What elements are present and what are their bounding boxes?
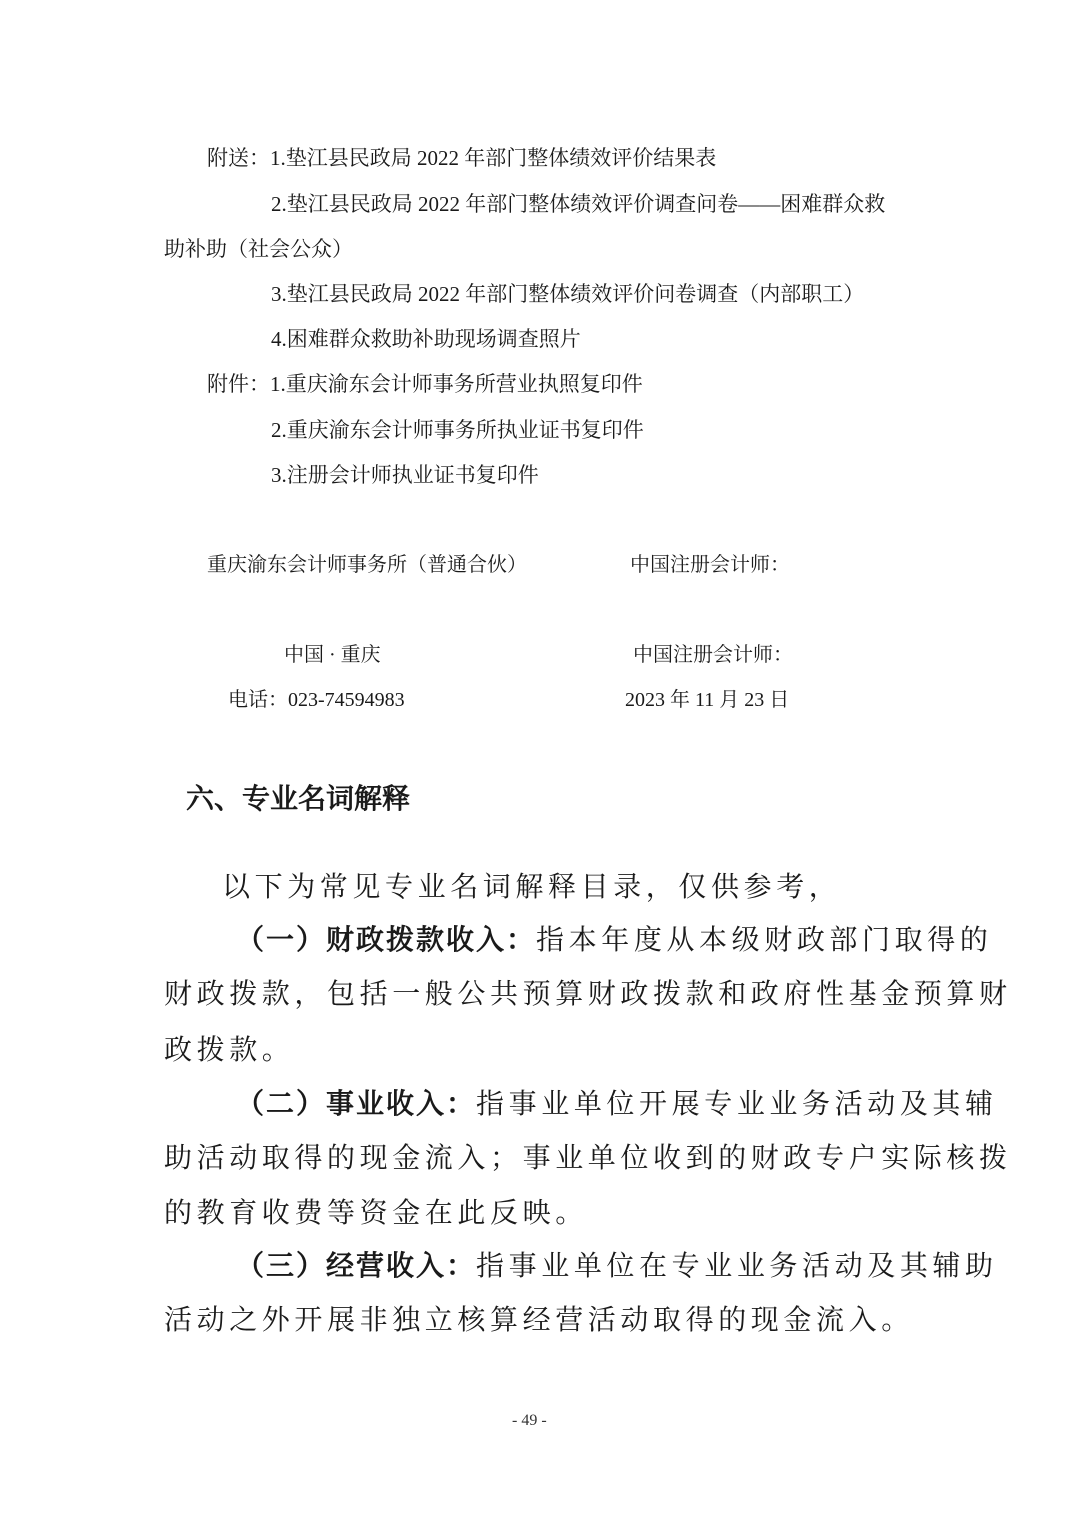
firm-location: 中国 · 重庆 <box>284 645 381 665</box>
term-2-label: （二）事业收入： <box>236 1087 476 1120</box>
attachment-item: 1.重庆渝东会计师事务所营业执照复印件 <box>270 372 643 396</box>
term-1-definition: 指本年度从本级财政部门取得的 <box>536 923 992 956</box>
attachments-sent-label: 附送： <box>207 146 270 170</box>
attachments-sent-item: 1.垫江县民政局 2022 年部门整体绩效评价结果表 <box>270 146 716 170</box>
term-3-line-1: （三）经营收入：指事业单位在专业业务活动及其辅助 <box>236 1252 998 1280</box>
term-3-definition: 指事业单位在专业业务活动及其辅助 <box>476 1249 998 1282</box>
term-2-definition: 指事业单位开展专业业务活动及其辅 <box>476 1087 998 1120</box>
cpa-signature-1: 中国注册会计师： <box>630 555 790 575</box>
attachment-item: 3.注册会计师执业证书复印件 <box>271 465 539 486</box>
page-number: - 49 - <box>512 1412 547 1430</box>
term-2-line-1: （二）事业收入：指事业单位开展专业业务活动及其辅 <box>236 1090 998 1118</box>
term-2-line-2: 助活动取得的现金流入；事业单位收到的财政专户实际核拨 <box>164 1144 1012 1172</box>
term-1-line-1: （一）财政拨款收入：指本年度从本级财政部门取得的 <box>236 926 992 954</box>
report-date: 2023 年 11 月 23 日 <box>625 690 789 710</box>
term-2-line-3: 的教育收费等资金在此反映。 <box>164 1199 588 1227</box>
attachments-sent-line-1: 附送：1.垫江县民政局 2022 年部门整体绩效评价结果表 <box>207 148 716 169</box>
section-title: 六、专业名词解释 <box>186 785 410 813</box>
firm-name: 重庆渝东会计师事务所（普通合伙） <box>207 555 527 575</box>
term-1-line-2: 财政拨款，包括一般公共预算财政拨款和政府性基金预算财 <box>164 980 1012 1008</box>
term-1-label: （一）财政拨款收入： <box>236 923 536 956</box>
attachments-sent-item: 2.垫江县民政局 2022 年部门整体绩效评价调查问卷——困难群众救 <box>271 194 885 215</box>
attachment-item: 2.重庆渝东会计师事务所执业证书复印件 <box>271 420 644 441</box>
attachments-sent-item: 3.垫江县民政局 2022 年部门整体绩效评价问卷调查（内部职工） <box>271 284 864 305</box>
cpa-signature-2: 中国注册会计师： <box>633 645 793 665</box>
attachments-label: 附件： <box>207 372 270 396</box>
term-3-label: （三）经营收入： <box>236 1249 476 1282</box>
term-3-line-2: 活动之外开展非独立核算经营活动取得的现金流入。 <box>164 1306 914 1334</box>
attachments-sent-item: 4.困难群众救助补助现场调查照片 <box>271 329 581 350</box>
section-intro: 以下为常见专业名词解释目录，仅供参考， <box>222 873 841 901</box>
attachments-sent-item-continued: 助补助（社会公众） <box>164 239 353 260</box>
term-1-line-3: 政拨款。 <box>164 1036 294 1064</box>
firm-phone: 电话：023-74594983 <box>228 690 405 710</box>
attachments-line-1: 附件：1.重庆渝东会计师事务所营业执照复印件 <box>207 374 643 395</box>
